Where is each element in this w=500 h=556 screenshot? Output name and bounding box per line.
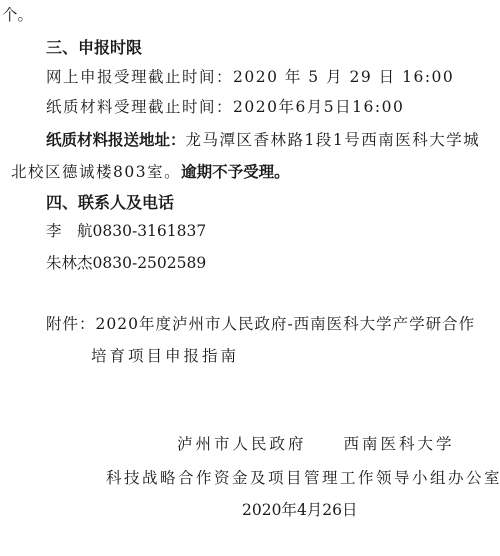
address-paragraph: 纸质材料报送地址：龙马潭区香林路1段1号西南医科大学城 <box>46 130 480 150</box>
paper-deadline: 纸质材料受理截止时间：2020年6月5日16:00 <box>46 97 404 117</box>
address-label: 纸质材料报送地址： <box>46 131 186 149</box>
contact-name: 李 航 <box>46 222 93 240</box>
contact-row: 李 航0830-3161837 <box>46 221 206 241</box>
attachment-line1: 附件：2020年度泸州市人民政府-西南医科大学产学研合作 <box>46 314 475 334</box>
contact-phone: 0830-3161837 <box>93 222 207 240</box>
signature-org-line2: 科技战略合作资金及项目管理工作领导小组办公室 <box>106 468 500 488</box>
contact-name: 朱林杰 <box>46 254 93 272</box>
online-deadline: 网上申报受理截止时间：2020 年 5 月 29 日 16:00 <box>46 67 454 87</box>
attachment-line2: 培育项目申报指南 <box>91 346 239 366</box>
continuation-text: 个。 <box>2 5 33 25</box>
address-line2: 北校区德诚楼803室。 <box>11 163 181 181</box>
section3-heading: 三、申报时限 <box>46 38 142 58</box>
address-line1: 龙马潭区香林路1段1号西南医科大学城 <box>186 131 481 149</box>
signature-date: 2020年4月26日 <box>242 500 358 520</box>
contact-row: 朱林杰0830-2502589 <box>46 253 206 273</box>
signature-org-line1: 泸州市人民政府 西南医科大学 <box>177 434 455 454</box>
contact-phone: 0830-2502589 <box>93 254 207 272</box>
overdue-notice: 逾期不予受理。 <box>181 163 290 181</box>
section4-heading: 四、联系人及电话 <box>46 193 174 213</box>
address-continuation: 北校区德诚楼803室。逾期不予受理。 <box>11 162 290 182</box>
